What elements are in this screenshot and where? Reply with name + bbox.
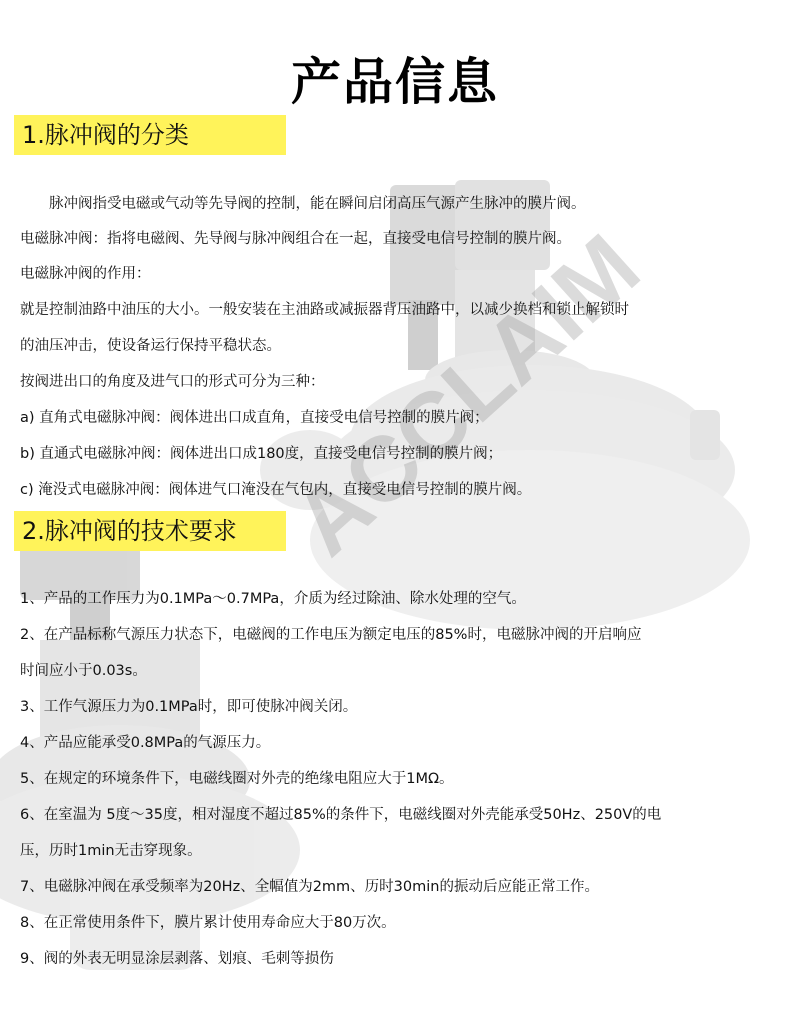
paragraph: 的油压冲击，使设备运行保持平稳状态。: [20, 336, 281, 356]
section-heading-tech-requirements: 2.脉冲阀的技术要求: [14, 511, 286, 551]
requirement-item-cont: 压，历时1min无击穿现象。: [20, 841, 202, 861]
watermark-text: ACCLAIM: [275, 215, 658, 575]
page-title: 产品信息: [0, 42, 790, 114]
paragraph: 脉冲阀指受电磁或气动等先导阀的控制，能在瞬间启闭高压气源产生脉冲的膜片阀。: [20, 194, 586, 214]
paragraph: 电磁脉冲阀：指将电磁阀、先导阀与脉冲阀组合在一起，直接受电信号控制的膜片阀。: [20, 229, 571, 249]
paragraph: 就是控制油路中油压的大小。一般安装在主油路或减振器背压油路中，以减少换档和锁止解…: [20, 300, 629, 320]
list-item-type-b: b) 直通式电磁脉冲阀：阀体进出口成180度，直接受电信号控制的膜片阀；: [20, 444, 502, 464]
section-heading-classification: 1.脉冲阀的分类: [14, 115, 286, 155]
paragraph: 按阀进出口的角度及进气口的形式可分为三种：: [20, 372, 325, 392]
requirement-item: 9、阀的外表无明显涂层剥落、划痕、毛刺等损伤: [20, 949, 334, 969]
requirement-item: 4、产品应能承受0.8MPa的气源压力。: [20, 733, 270, 753]
requirement-item: 6、在室温为 5度～35度，相对湿度不超过85%的条件下，电磁线圈对外壳能承受5…: [20, 805, 661, 825]
requirement-item: 7、电磁脉冲阀在承受频率为20Hz、全幅值为2mm、历时30min的振动后应能正…: [20, 877, 599, 897]
requirement-item: 3、工作气源压力为0.1MPa时，即可使脉冲阀关闭。: [20, 697, 357, 717]
requirement-item: 8、在正常使用条件下，膜片累计使用寿命应大于80万次。: [20, 913, 396, 933]
list-item-type-c: c) 淹没式电磁脉冲阀：阀体进气口淹没在气包内，直接受电信号控制的膜片阀。: [20, 480, 531, 500]
paragraph: 电磁脉冲阀的作用：: [20, 264, 151, 284]
list-item-type-a: a) 直角式电磁脉冲阀：阀体进出口成直角，直接受电信号控制的膜片阀；: [20, 408, 489, 428]
requirement-item: 1、产品的工作压力为0.1MPa～0.7MPa，介质为经过除油、除水处理的空气。: [20, 589, 526, 609]
requirement-item-cont: 时间应小于0.03s。: [20, 661, 147, 681]
requirement-item: 5、在规定的环境条件下，电磁线圈对外壳的绝缘电阻应大于1MΩ。: [20, 769, 454, 789]
requirement-item: 2、在产品标称气源压力状态下，电磁阀的工作电压为额定电压的85%时，电磁脉冲阀的…: [20, 625, 641, 645]
